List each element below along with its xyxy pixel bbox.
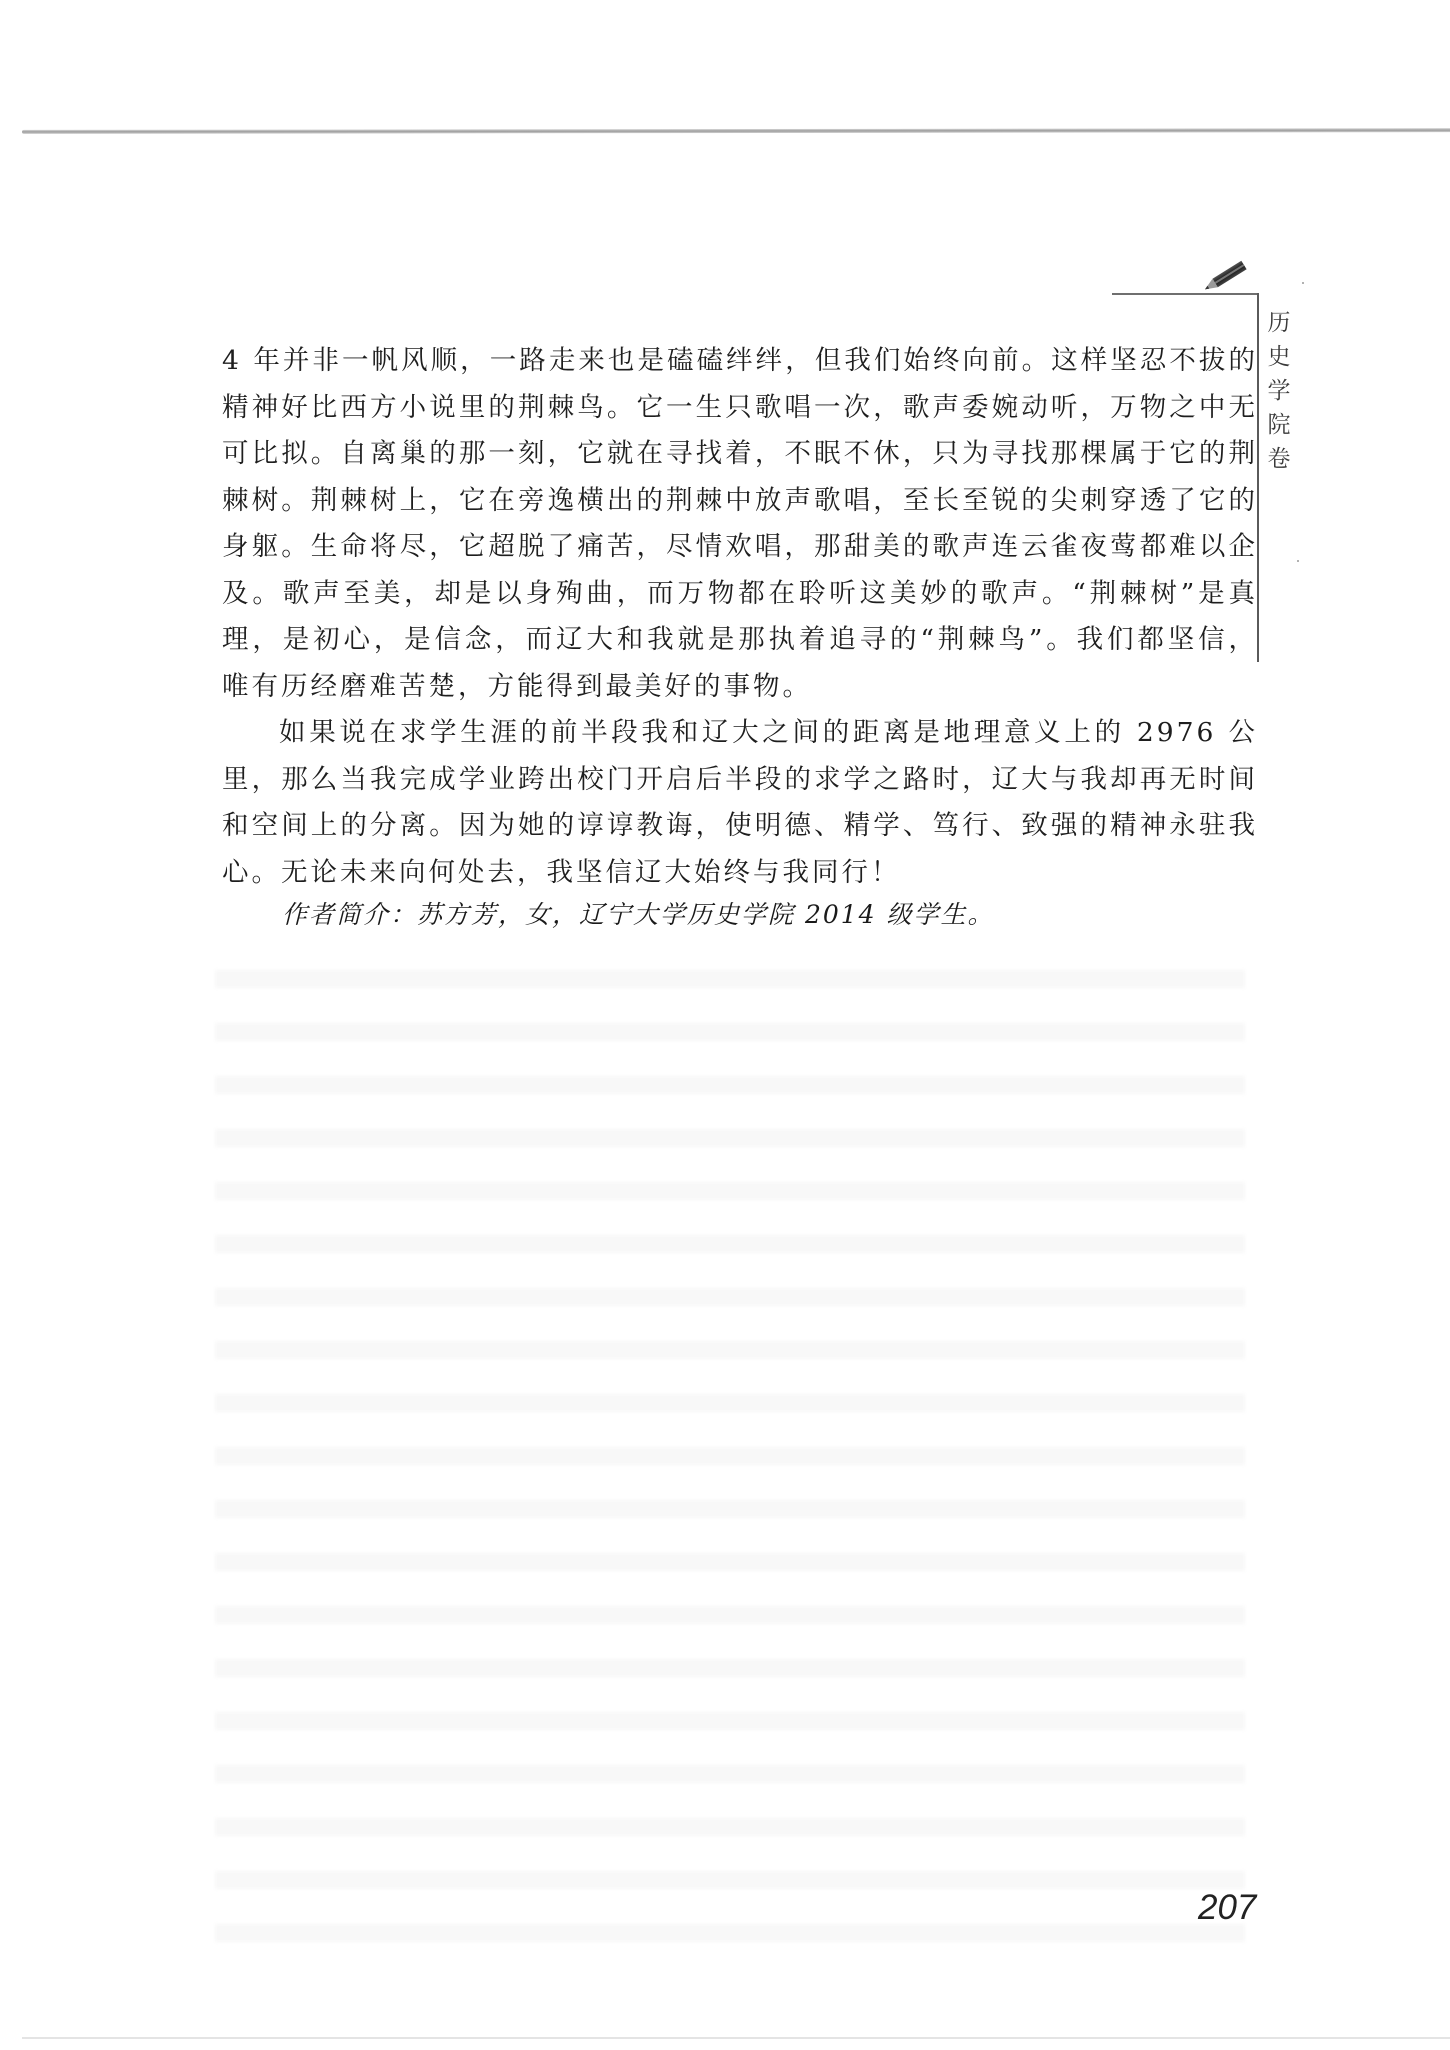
section-label-char: 院 <box>1262 408 1296 442</box>
header-rule <box>22 128 1450 134</box>
scan-speck <box>1297 560 1299 562</box>
paragraph: 4 年并非一帆风顺，一路走来也是磕磕绊绊，但我们始终向前。这样坚忍不拔的精神好比… <box>222 338 1258 710</box>
footer-rule <box>22 2037 1450 2039</box>
pencil-icon <box>1200 260 1250 296</box>
paragraph: 如果说在求学生涯的前半段我和辽大之间的距离是地理意义上的 2976 公里，那么当… <box>222 710 1258 896</box>
show-through-background <box>215 940 1245 1960</box>
page-number: 207 <box>1198 1888 1256 1928</box>
section-label-char: 学 <box>1262 374 1296 408</box>
section-label-char: 史 <box>1262 340 1296 374</box>
section-label: 历 史 学 院 卷 <box>1262 306 1296 476</box>
section-label-char: 卷 <box>1262 442 1296 476</box>
margin-frame-top <box>1112 293 1257 295</box>
author-note: 作者简介：苏方芳，女，辽宁大学历史学院 2014 级学生。 <box>282 897 995 933</box>
scan-speck <box>1302 282 1304 284</box>
body-text: 4 年并非一帆风顺，一路走来也是磕磕绊绊，但我们始终向前。这样坚忍不拔的精神好比… <box>222 338 1258 896</box>
section-label-char: 历 <box>1262 306 1296 340</box>
